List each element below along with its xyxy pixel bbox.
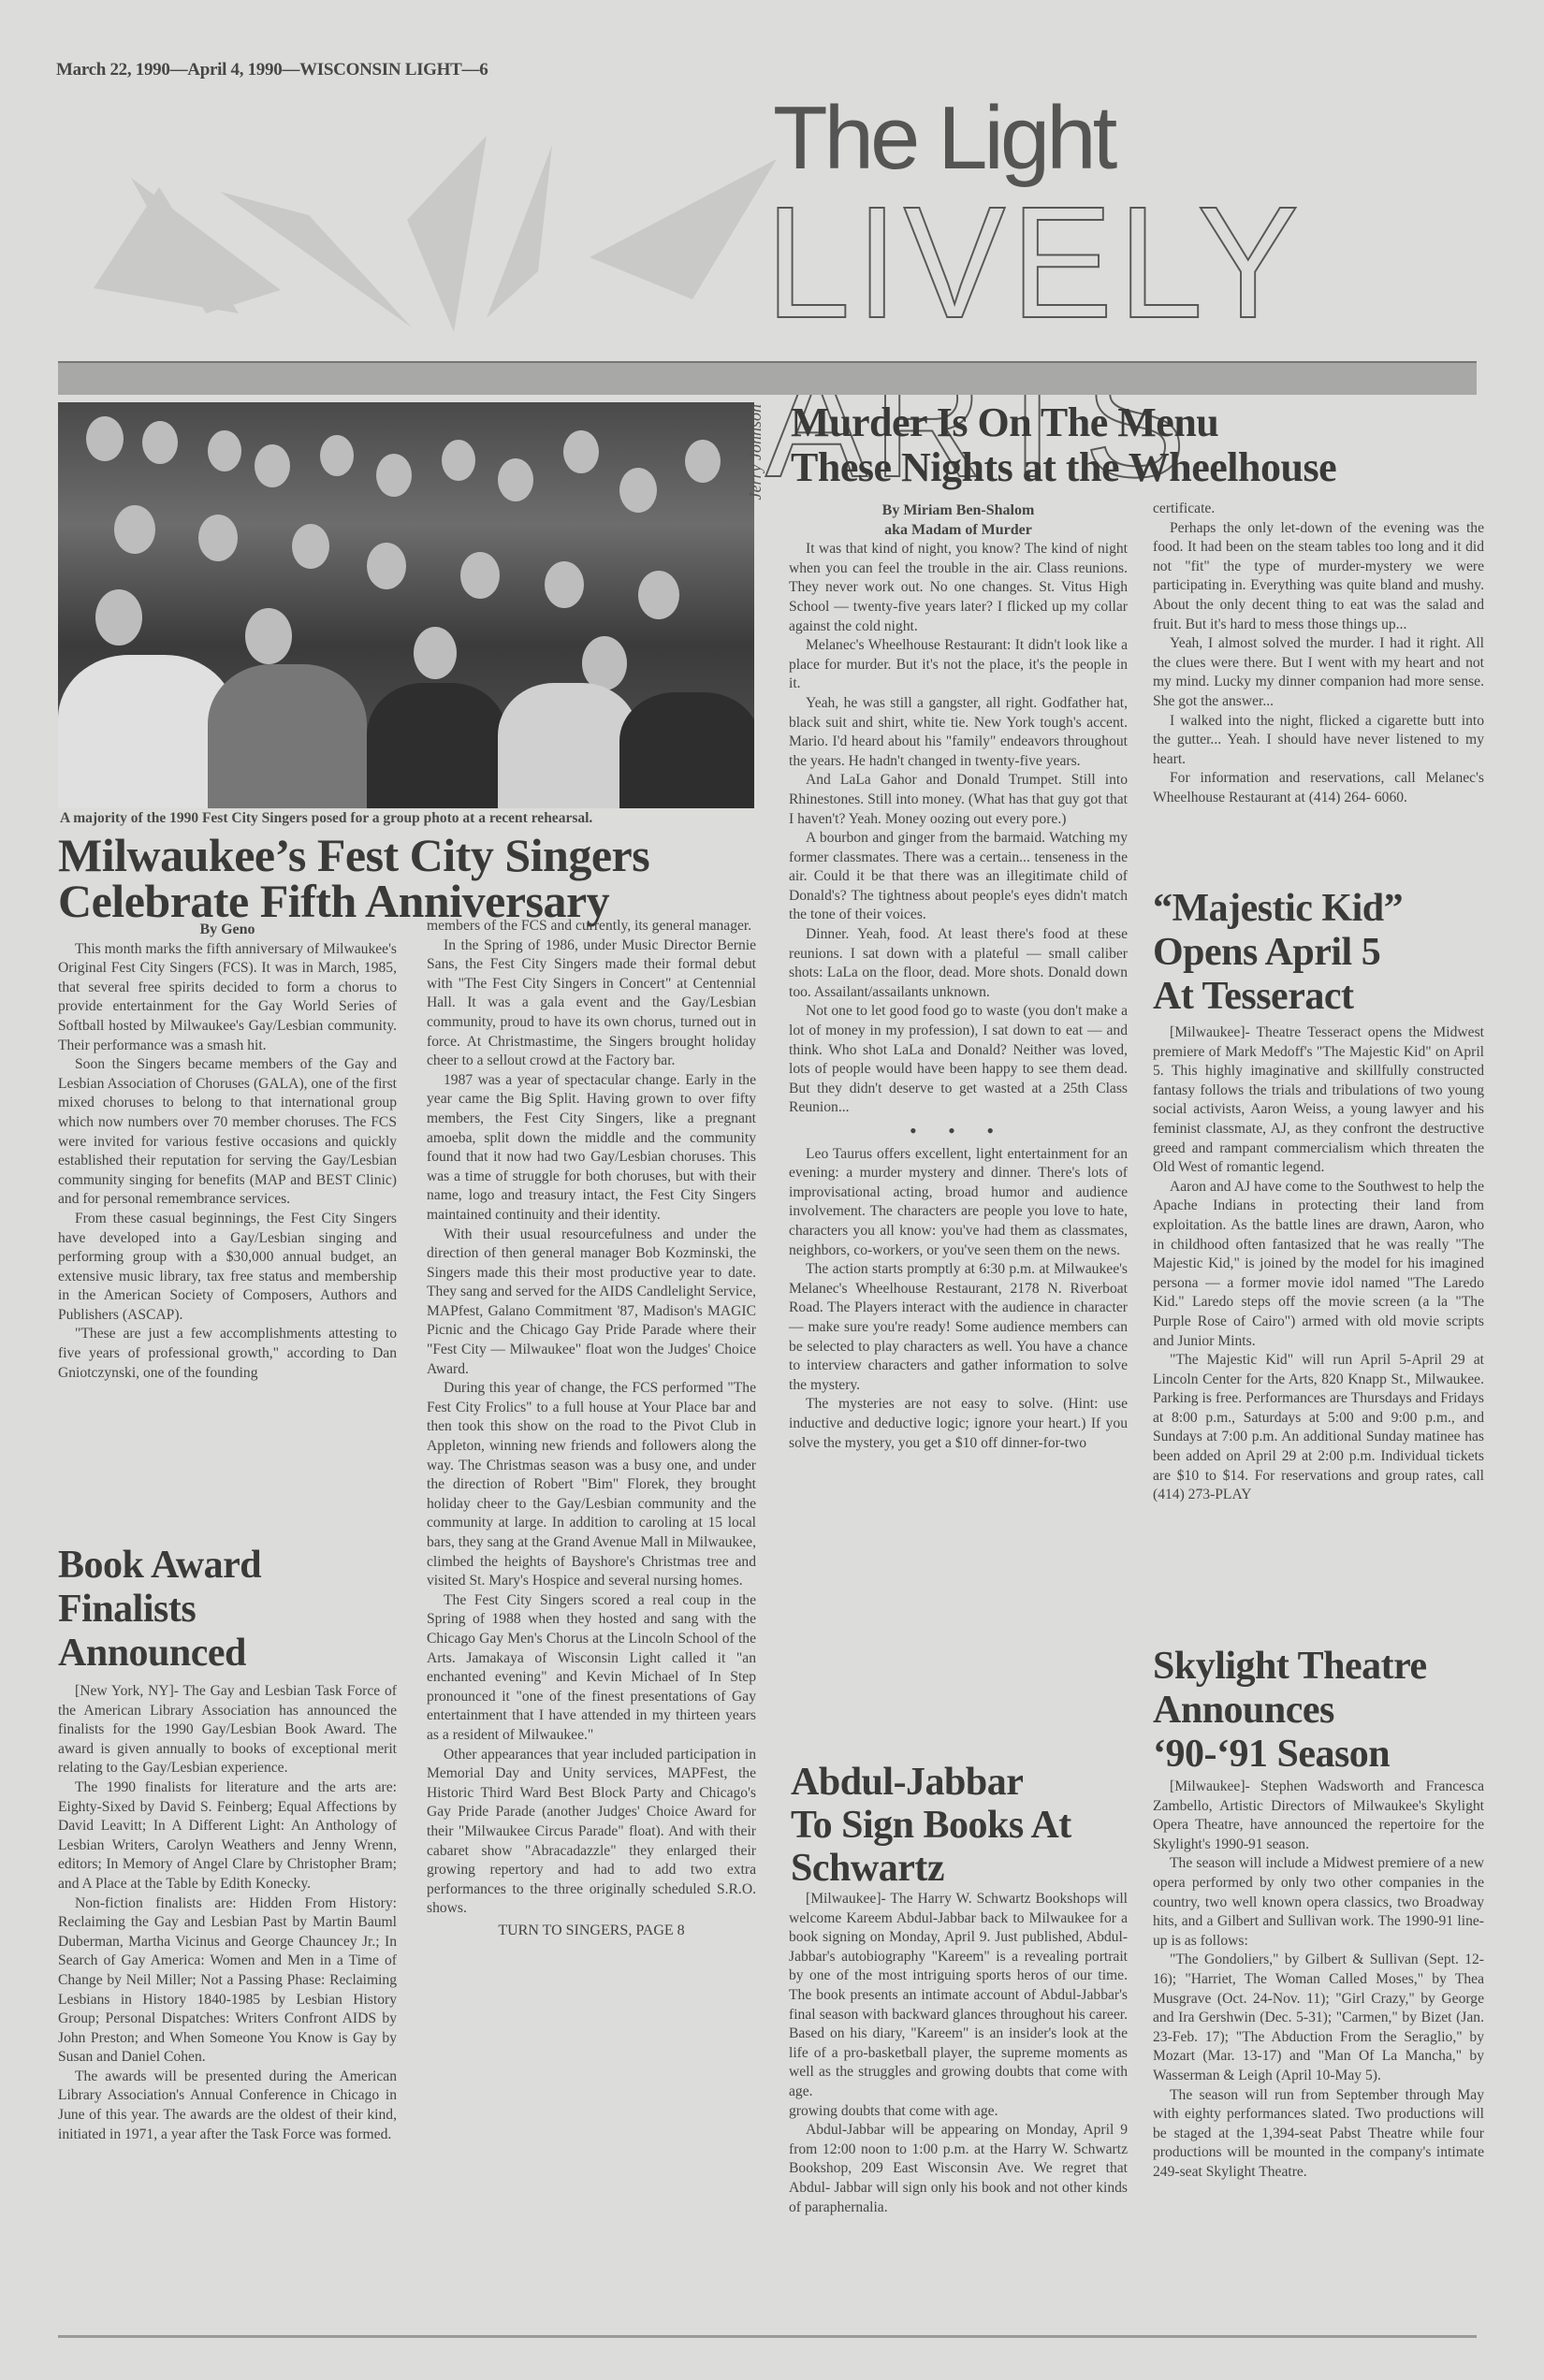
paragraph: certificate.: [1153, 500, 1484, 519]
paragraph: The awards will be presented during the …: [58, 2068, 397, 2144]
murder-continued-column: certificate. Perhaps the only let-down o…: [1153, 500, 1484, 808]
paragraph: Aaron and AJ have come to the Southwest …: [1153, 1178, 1484, 1351]
paragraph: [Milwaukee]- Theatre Tesseract opens the…: [1153, 1023, 1484, 1178]
paragraph: "The Gondoliers," by Gilbert & Sullivan …: [1153, 1951, 1484, 2085]
abdul-jabbar-body: [Milwaukee]- The Harry W. Schwartz Books…: [789, 1890, 1128, 2217]
book-award-headline: Book Award Finalists Announced: [58, 1544, 339, 1676]
paragraph: From these casual beginnings, the Fest C…: [58, 1210, 397, 1326]
skylight-headline: Skylight Theatre Announces ‘90-‘91 Seaso…: [1153, 1645, 1452, 1777]
paragraph: "These are just a few accomplishments at…: [58, 1325, 397, 1383]
paragraph: It was that kind of night, you know? The…: [789, 540, 1128, 636]
header-divider-bar: [58, 361, 1477, 395]
triangles-logo-icon: [28, 75, 777, 346]
paragraph: The action starts promptly at 6:30 p.m. …: [789, 1260, 1128, 1395]
paragraph: [Milwaukee]- Stephen Wadsworth and Franc…: [1153, 1778, 1484, 1854]
jump-line: TURN TO SINGERS, PAGE 8: [427, 1922, 756, 1941]
photo-caption: A majority of the 1990 Fest City Singers…: [60, 810, 592, 827]
murder-headline-line-1: Murder Is On The Menu: [791, 400, 1483, 445]
paragraph: Other appearances that year included par…: [427, 1746, 756, 1919]
paragraph: "The Majestic Kid" will run April 5-Apri…: [1153, 1351, 1484, 1505]
paragraph: Yeah, I almost solved the murder. I had …: [1153, 634, 1484, 711]
paragraph: members of the FCS and currently, its ge…: [427, 917, 756, 936]
paragraph: Leo Taurus offers excellent, light enter…: [789, 1145, 1128, 1261]
book-award-body: [New York, NY]- The Gay and Lesbian Task…: [58, 1682, 397, 2144]
paragraph: [Milwaukee]- The Harry W. Schwartz Books…: [789, 1890, 1128, 2102]
photo-credit: Jerry Johnson: [746, 404, 765, 500]
paragraph: The mysteries are not easy to solve. (Hi…: [789, 1395, 1128, 1453]
paragraph: Perhaps the only let-down of the evening…: [1153, 519, 1484, 635]
paragraph: The season will run from September throu…: [1153, 2086, 1484, 2183]
majestic-kid-headline: “Majestic Kid” Opens April 5 At Tesserac…: [1153, 887, 1415, 1019]
murder-byline: By Miriam Ben-Shalom: [789, 501, 1128, 521]
group-photo: [58, 402, 754, 808]
paragraph: During this year of change, the FCS perf…: [427, 1379, 756, 1591]
majestic-kid-body: [Milwaukee]- Theatre Tesseract opens the…: [1153, 1023, 1484, 1505]
section-separator: • • •: [789, 1122, 1128, 1141]
paragraph: This month marks the fifth anniversary o…: [58, 940, 397, 1056]
paragraph: Yeah, he was still a gangster, all right…: [789, 694, 1128, 771]
abdul-jabbar-headline: Abdul-Jabbar To Sign Books At Schwartz: [791, 1761, 1071, 1891]
paragraph: With their usual resourcefulness and und…: [427, 1226, 756, 1380]
paragraph: In the Spring of 1986, under Music Direc…: [427, 936, 756, 1071]
paragraph: And LaLa Gahor and Donald Trumpet. Still…: [789, 771, 1128, 829]
paragraph: Non-fiction finalists are: Hidden From H…: [58, 1894, 397, 2068]
singers-headline: Milwaukee’s Fest City Singers Celebrate …: [58, 833, 769, 924]
singers-column-2: members of the FCS and currently, its ge…: [427, 917, 756, 1940]
paragraph: The 1990 finalists for literature and th…: [58, 1778, 397, 1894]
paragraph: 1987 was a year of spectacular change. E…: [427, 1071, 756, 1226]
masthead-the-light: The Light: [773, 94, 1114, 183]
paragraph: The Fest City Singers scored a real coup…: [427, 1591, 756, 1746]
paragraph: The season will include a Midwest premie…: [1153, 1854, 1484, 1951]
singers-headline-line-1: Milwaukee’s Fest City Singers: [58, 833, 769, 878]
paragraph: Abdul-Jabbar will be appearing on Monday…: [789, 2121, 1128, 2217]
paragraph: Dinner. Yeah, food. At least there's foo…: [789, 925, 1128, 1002]
murder-headline: Murder Is On The Menu These Nights at th…: [791, 400, 1483, 489]
murder-headline-line-2: These Nights at the Wheelhouse: [791, 445, 1483, 490]
murder-byline-alias: aka Madam of Murder: [789, 521, 1128, 541]
murder-column: By Miriam Ben-Shalom aka Madam of Murder…: [789, 501, 1128, 1453]
paragraph: Soon the Singers became members of the G…: [58, 1055, 397, 1210]
skylight-body: [Milwaukee]- Stephen Wadsworth and Franc…: [1153, 1778, 1484, 2182]
paragraph: Not one to let good food go to waste (yo…: [789, 1002, 1128, 1118]
paragraph: For information and reservations, call M…: [1153, 769, 1484, 807]
paragraph: [New York, NY]- The Gay and Lesbian Task…: [58, 1682, 397, 1778]
paragraph: I walked into the night, flicked a cigar…: [1153, 712, 1484, 770]
singers-byline: By Geno: [58, 921, 397, 940]
paragraph: Melanec's Wheelhouse Restaurant: It didn…: [789, 636, 1128, 694]
singers-column-1: By Geno This month marks the fifth anniv…: [58, 921, 397, 1383]
paragraph: A bourbon and ginger from the barmaid. W…: [789, 829, 1128, 925]
paragraph: growing doubts that come with age.: [789, 2102, 1128, 2122]
bottom-rule: [58, 2335, 1477, 2338]
